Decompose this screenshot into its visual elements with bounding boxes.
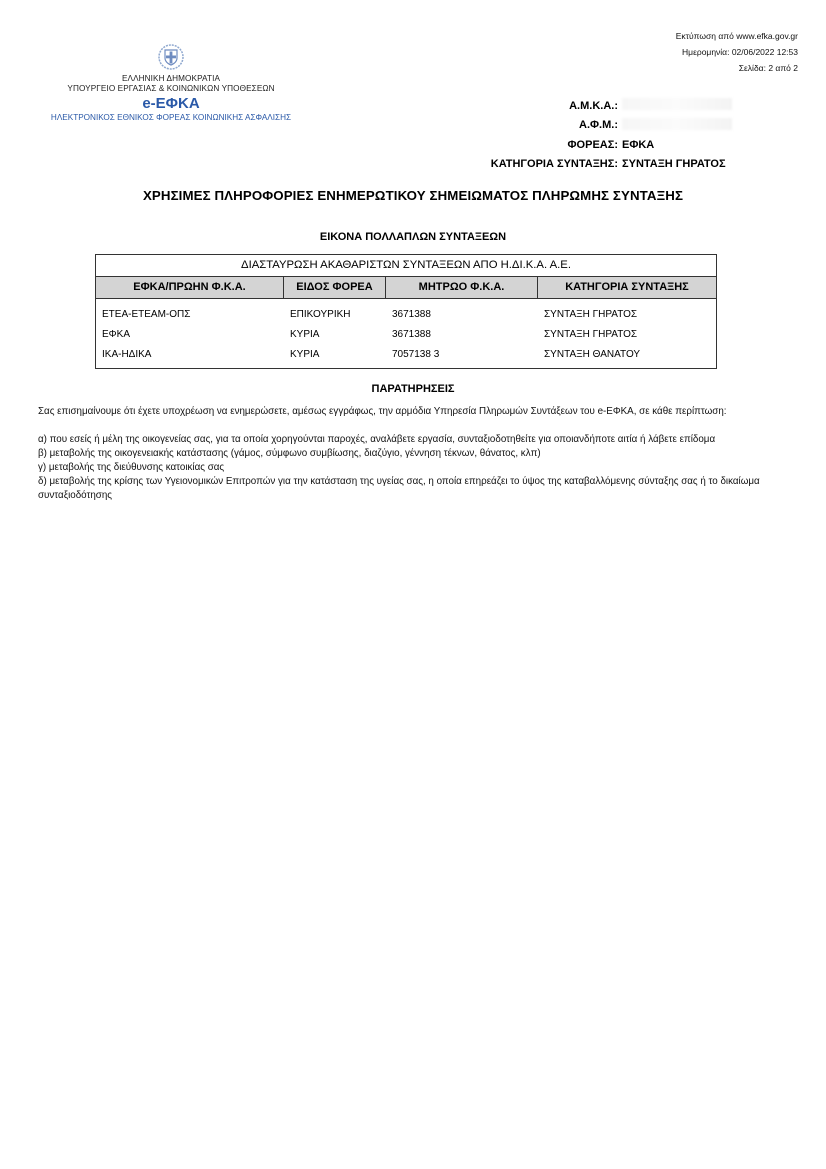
efka-logo-block: ΕΛΛΗΝΙΚΗ ΔΗΜΟΚΡΑΤΙΑ ΥΠΟΥΡΓΕΙΟ ΕΡΓΑΣΙΑΣ &…	[40, 44, 302, 123]
observation-item: α) που εσείς ή μέλη της οικογενείας σας,…	[38, 433, 790, 447]
observation-item: δ) μεταβολής της κρίσης των Υγειονομικών…	[38, 475, 790, 503]
cell-type: ΚΥΡΙΑ	[284, 349, 386, 360]
greek-coat-of-arms-icon	[158, 44, 184, 70]
category-value: ΣΥΝΤΑΞΗ ΓΗΡΑΤΟΣ	[622, 158, 770, 170]
cell-type: ΚΥΡΙΑ	[284, 329, 386, 340]
cell-registry: 3671388	[386, 329, 538, 340]
page-title: ΧΡΗΣΙΜΕΣ ΠΛΗΡΟΦΟΡΙΕΣ ΕΝΗΜΕΡΩΤΙΚΟΥ ΣΗΜΕΙΩ…	[0, 188, 826, 203]
table-body: ΕΤΕΑ-ΕΤΕΑΜ-ΟΠΣ ΕΠΙΚΟΥΡΙΚΗ 3671388 ΣΥΝΤΑΞ…	[96, 299, 716, 368]
ministry-label: ΥΠΟΥΡΓΕΙΟ ΕΡΓΑΣΙΑΣ & ΚΟΙΝΩΝΙΚΩΝ ΥΠΟΘΕΣΕΩ…	[40, 84, 302, 94]
observations-title: ΠΑΡΑΤΗΡΗΣΕΙΣ	[0, 383, 826, 395]
cell-fund: ΕΦΚΑ	[96, 329, 284, 340]
cell-registry: 7057138 3	[386, 349, 538, 360]
brand-name: e-ΕΦΚΑ	[40, 95, 302, 113]
pensions-table: ΔΙΑΣΤΑΥΡΩΣΗ ΑΚΑΘΑΡΙΣΤΩΝ ΣΥΝΤΑΞΕΩΝ ΑΠΟ Η.…	[95, 254, 717, 369]
column-header-category: ΚΑΤΗΓΟΡΙΑ ΣΥΝΤΑΞΗΣ	[538, 277, 716, 298]
column-header-type: ΕΙΔΟΣ ΦΟΡΕΑ	[284, 277, 386, 298]
print-date: Ημερομηνία: 02/06/2022 12:53	[676, 44, 798, 60]
table-row: ΕΤΕΑ-ΕΤΕΑΜ-ΟΠΣ ΕΠΙΚΟΥΡΙΚΗ 3671388 ΣΥΝΤΑΞ…	[96, 304, 716, 324]
table-row: ΕΦΚΑ ΚΥΡΙΑ 3671388 ΣΥΝΤΑΞΗ ΓΗΡΑΤΟΣ	[96, 324, 716, 344]
cell-fund: ΕΤΕΑ-ΕΤΕΑΜ-ΟΠΣ	[96, 309, 284, 320]
section-title: ΕΙΚΟΝΑ ΠΟΛΛΑΠΛΩΝ ΣΥΝΤΑΞΕΩΝ	[0, 231, 826, 243]
table-header: ΕΦΚΑ/ΠΡΩΗΝ Φ.Κ.Α. ΕΙΔΟΣ ΦΟΡΕΑ ΜΗΤΡΩΟ Φ.Κ…	[96, 277, 716, 299]
category-label: ΚΑΤΗΓΟΡΙΑ ΣΥΝΤΑΞΗΣ:	[440, 158, 622, 170]
cell-fund: ΙΚΑ-ΗΔΙΚΑ	[96, 349, 284, 360]
carrier-row: ΦΟΡΕΑΣ: ΕΦΚΑ	[440, 135, 770, 155]
afm-label: Α.Φ.Μ.:	[440, 119, 622, 131]
amka-row: Α.Μ.Κ.Α.:	[440, 96, 770, 116]
observation-item: β) μεταβολής της οικογενειακής κατάσταση…	[38, 447, 790, 461]
table-caption: ΔΙΑΣΤΑΥΡΩΣΗ ΑΚΑΘΑΡΙΣΤΩΝ ΣΥΝΤΑΞΕΩΝ ΑΠΟ Η.…	[96, 255, 716, 277]
table-row: ΙΚΑ-ΗΔΙΚΑ ΚΥΡΙΑ 7057138 3 ΣΥΝΤΑΞΗ ΘΑΝΑΤΟ…	[96, 344, 716, 364]
observations-body: Σας επισημαίνουμε ότι έχετε υποχρέωση να…	[38, 405, 790, 503]
column-header-fund: ΕΦΚΑ/ΠΡΩΗΝ Φ.Κ.Α.	[96, 277, 284, 298]
cell-registry: 3671388	[386, 309, 538, 320]
carrier-label: ΦΟΡΕΑΣ:	[440, 139, 622, 151]
print-source: Εκτύπωση από www.efka.gov.gr	[676, 28, 798, 44]
afm-row: Α.Φ.Μ.:	[440, 116, 770, 136]
cell-category: ΣΥΝΤΑΞΗ ΘΑΝΑΤΟΥ	[538, 349, 716, 360]
amka-label: Α.Μ.Κ.Α.:	[440, 100, 622, 112]
observation-item: γ) μεταβολής της διεύθυνσης κατοικίας σα…	[38, 461, 790, 475]
cell-type: ΕΠΙΚΟΥΡΙΚΗ	[284, 309, 386, 320]
column-header-registry: ΜΗΤΡΩΟ Φ.Κ.Α.	[386, 277, 538, 298]
cell-category: ΣΥΝΤΑΞΗ ΓΗΡΑΤΟΣ	[538, 329, 716, 340]
print-info: Εκτύπωση από www.efka.gov.gr Ημερομηνία:…	[676, 28, 798, 76]
afm-redacted-value	[622, 118, 732, 130]
republic-label: ΕΛΛΗΝΙΚΗ ΔΗΜΟΚΡΑΤΙΑ	[40, 74, 302, 84]
amka-redacted-value	[622, 98, 732, 110]
cell-category: ΣΥΝΤΑΞΗ ΓΗΡΑΤΟΣ	[538, 309, 716, 320]
category-row: ΚΑΤΗΓΟΡΙΑ ΣΥΝΤΑΞΗΣ: ΣΥΝΤΑΞΗ ΓΗΡΑΤΟΣ	[440, 155, 770, 175]
carrier-value: ΕΦΚΑ	[622, 139, 770, 151]
observations-intro: Σας επισημαίνουμε ότι έχετε υποχρέωση να…	[38, 405, 790, 419]
person-info: Α.Μ.Κ.Α.: Α.Φ.Μ.: ΦΟΡΕΑΣ: ΕΦΚΑ ΚΑΤΗΓΟΡΙΑ…	[440, 96, 770, 174]
brand-subtitle: ΗΛΕΚΤΡΟΝΙΚΟΣ ΕΘΝΙΚΟΣ ΦΟΡΕΑΣ ΚΟΙΝΩΝΙΚΗΣ Α…	[40, 113, 302, 123]
page-number: Σελίδα: 2 από 2	[676, 60, 798, 76]
